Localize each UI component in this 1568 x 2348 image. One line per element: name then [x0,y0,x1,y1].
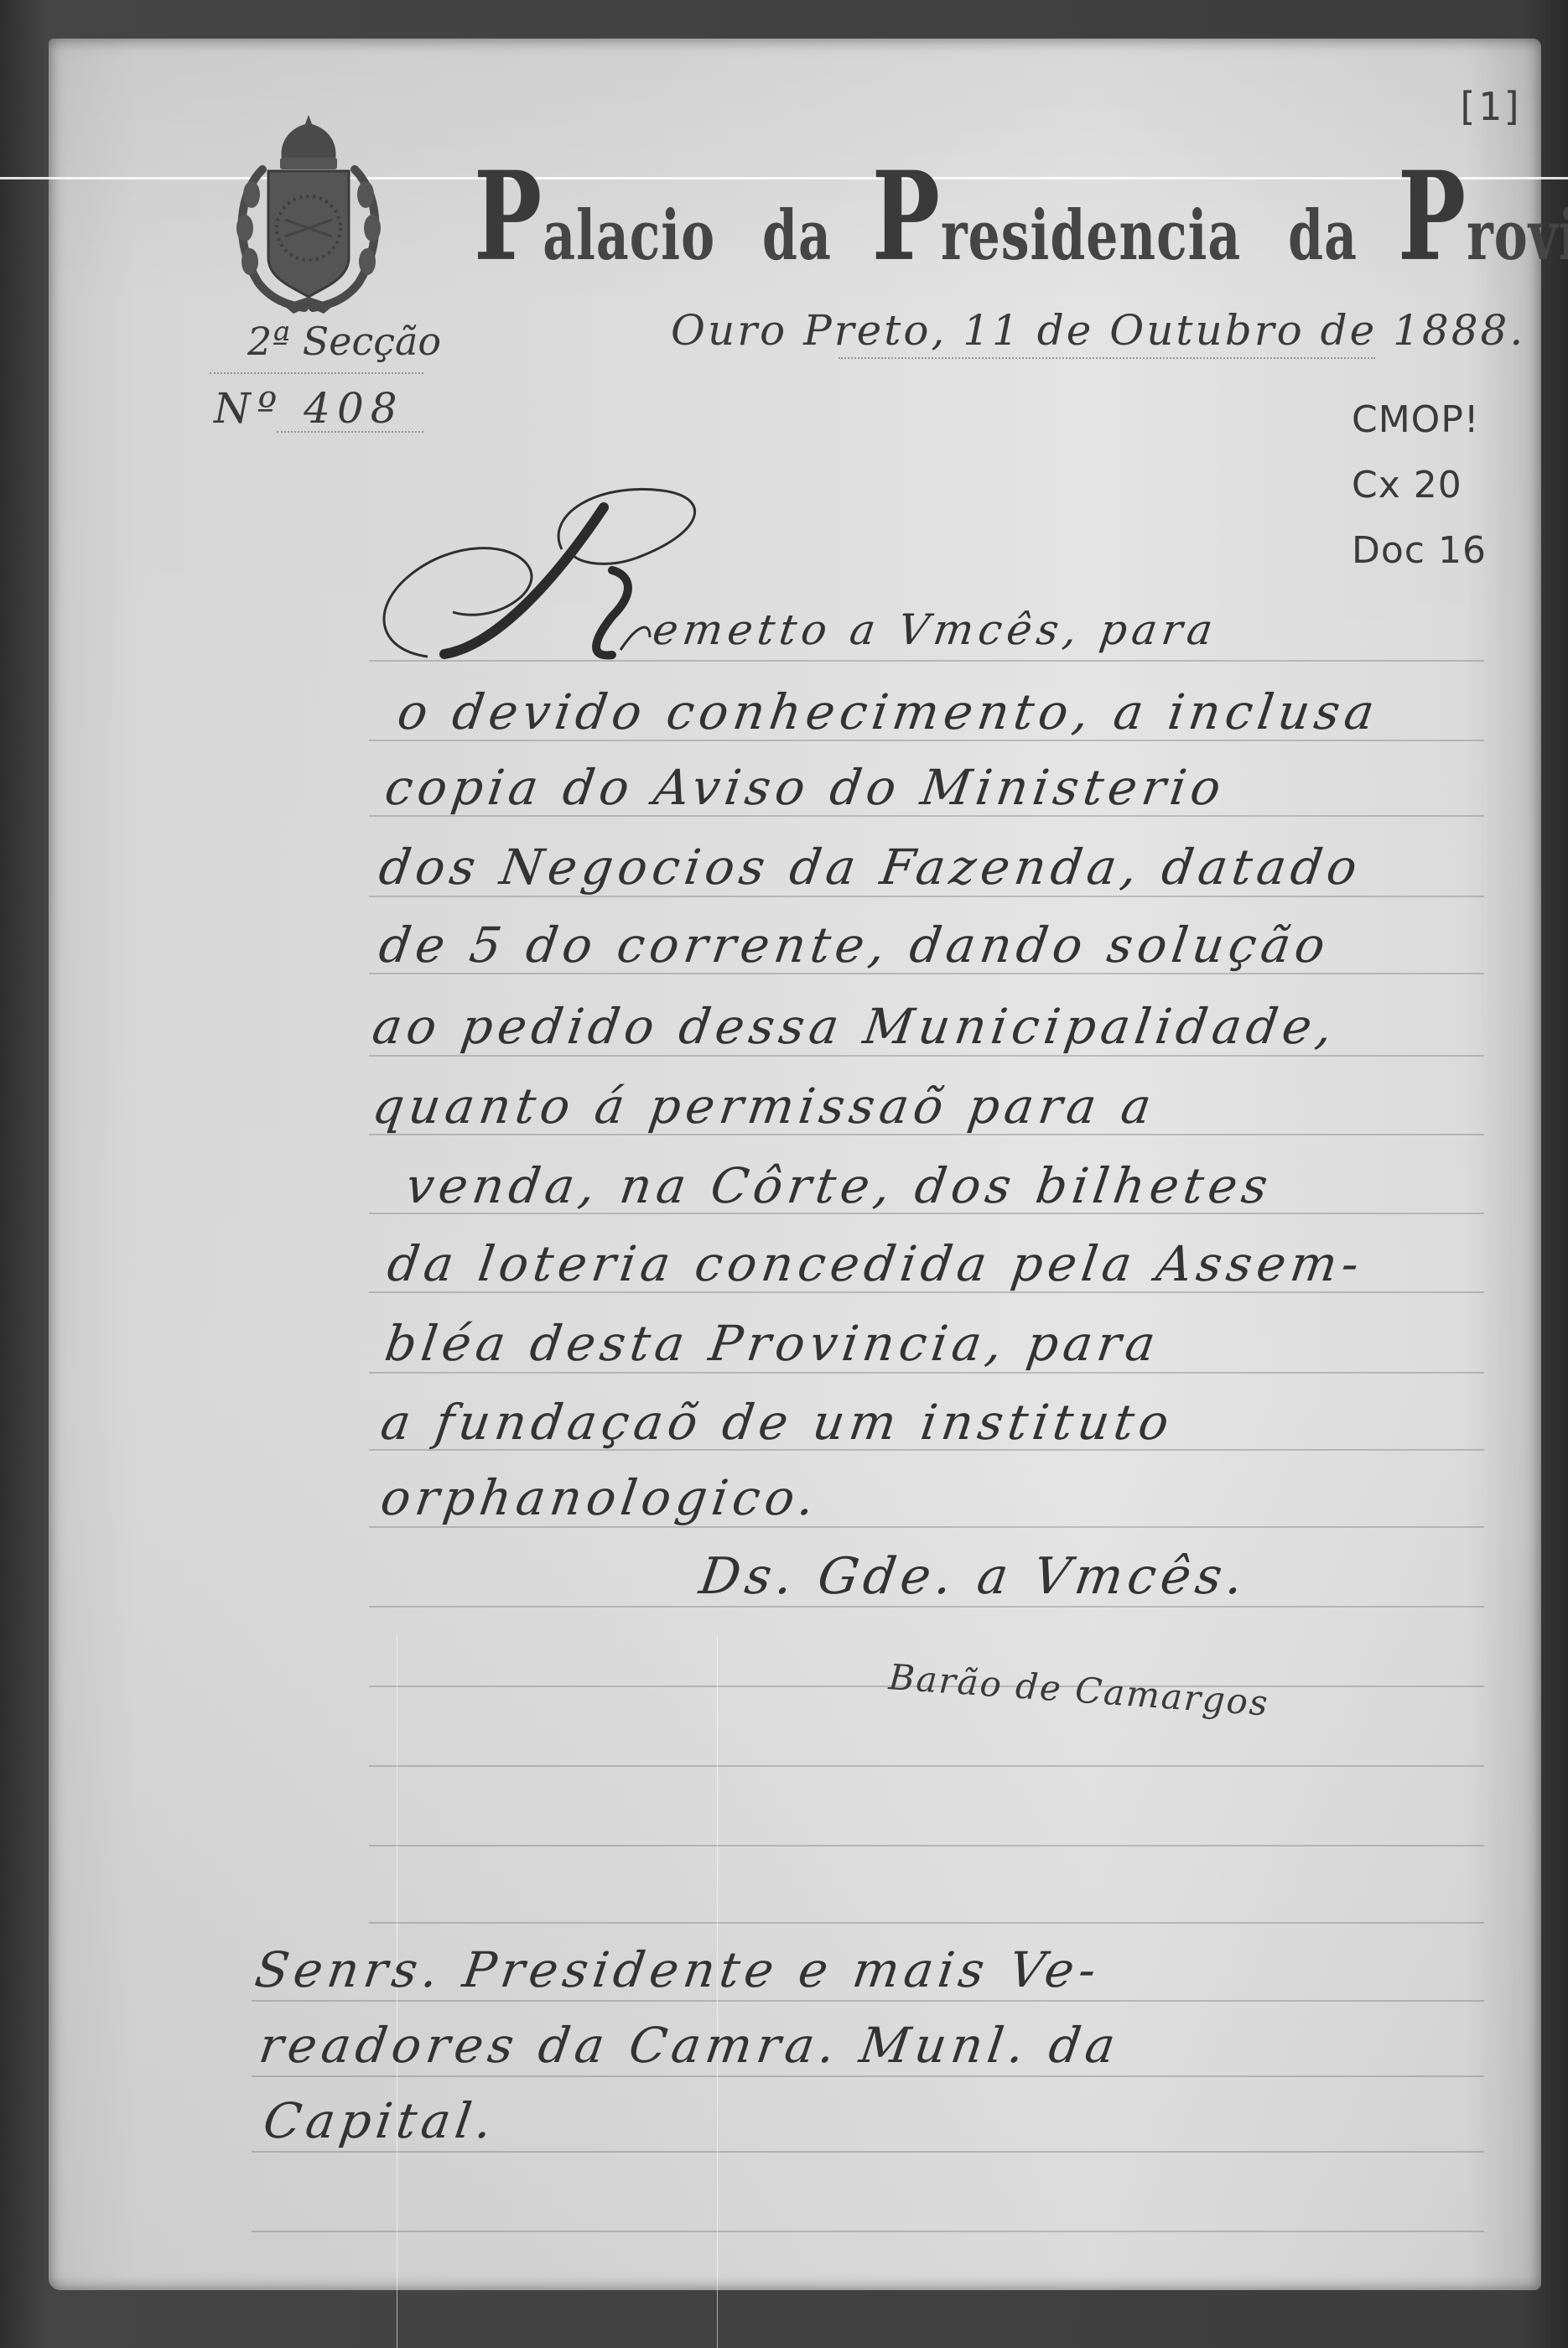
letterhead-word: da [1288,197,1358,277]
body-line: o devido conhecimento, a inclusa [394,683,1383,740]
document-number: Nº 408 [214,384,404,433]
closing-formula: Ds. Gde. a Vmcês. [696,1547,1252,1606]
addressee-line: Senrs. Presidente e mais Ve- [252,1941,1104,1998]
addressee-line: Capital. [260,2092,501,2149]
body-line: de 5 do corrente, dando solução [376,917,1333,974]
date-line: Ouro Preto, 11 de Outubro de 1888. [671,306,1525,355]
dotted-rule [210,372,423,374]
letterhead-word: Palacio [474,197,715,277]
body-line: dos Negocios da Fazenda, datado [376,839,1366,896]
archive-stamp-collection: CMOP! [1352,398,1480,441]
letterhead-word: Provincia [1398,197,1568,277]
body-line: da loteria concedida pela Assem- [384,1235,1368,1292]
addressee-line: readores da Camra. Munl. da [256,2017,1124,2074]
body-line: orphanologico. [377,1469,823,1526]
letterhead-word: da [762,197,832,277]
letterhead-title: Palacio da Presidencia da Provincia de M… [474,146,1568,288]
body-line: venda, na Côrte, dos bilhetes [402,1157,1276,1214]
coat-of-arms-icon [225,111,392,316]
dotted-rule [839,357,1375,359]
page-number: [1] [1455,84,1524,129]
body-line: bléa desta Provincia, para [382,1315,1164,1372]
body-line: emetto a Vmcês, para [650,605,1221,654]
section-label: 2ª Secção [247,319,441,364]
body-line: copia do Aviso do Ministerio [382,759,1229,816]
body-line: ao pedido dessa Municipalidade, [369,998,1341,1055]
archive-stamp: CMOP! Cx 20 Doc 16 [1352,387,1487,584]
body-line: a fundaçaõ de um instituto [377,1394,1177,1451]
archive-stamp-doc: Doc 16 [1352,529,1487,572]
archive-stamp-box: Cx 20 [1352,464,1462,506]
body-line: quanto á permissaõ para a [369,1078,1160,1135]
letterhead-word: Presidencia [872,197,1242,277]
